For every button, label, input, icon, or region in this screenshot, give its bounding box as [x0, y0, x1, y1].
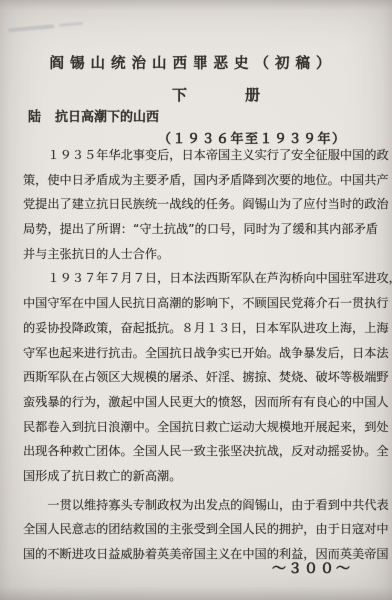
volume-line: 下 册: [0, 84, 392, 102]
text-line: 党提出了建立抗日民族统一战线的任务。阎锡山为了应付当时的政治: [23, 192, 378, 217]
text-line: 局势，提出了所谓：“守土抗战”的口号，同时为了缓和其内部矛盾: [23, 217, 378, 242]
paragraph: １９３７年７月７日，日本法西斯军队在芦沟桥向中国驻军进攻， 中国守军在中国人民抗…: [23, 266, 378, 488]
document-title: 阎锡山统治山西罪恶史（初稿）: [0, 52, 386, 73]
section-heading: 陆抗日高潮下的山西: [28, 106, 159, 125]
text-line: 全国人民意志的团结救国的主张受到全国人民的拥护，由于日寇对中: [23, 517, 378, 542]
volume-char-right: 册: [245, 84, 260, 105]
document-body: １９３５年华北事变后，日本帝国主义实行了安全征服中国的政 策，使中日矛盾成为主要…: [23, 143, 378, 567]
text-line: 民都卷入到抗日浪潮中。全国抗日救亡运动大规模地开展起来，到处: [23, 415, 378, 440]
text-line: １９３７年７月７日，日本法西斯军队在芦沟桥向中国驻军进攻，: [23, 266, 378, 291]
text-line: 并与主张抗日的人士合作。: [23, 242, 378, 267]
text-line: 中国守军在中国人民抗日高潮的影响下，不顾国民党蒋介石一贯执行: [23, 291, 378, 316]
scan-watermark-smudge: [7, 13, 83, 38]
text-line: 策，使中日矛盾成为主要矛盾，国内矛盾降到次要的地位。中国共产: [23, 168, 378, 193]
paragraph: １９３５年华北事变后，日本帝国主义实行了安全征服中国的政 策，使中日矛盾成为主要…: [23, 143, 378, 266]
page-number: ～３００～: [272, 558, 352, 578]
text-line: 蛮残暴的行为，激起中国人民更大的愤怒，因而所有有良心的中国人: [23, 390, 378, 415]
text-line: １９３５年华北事变后，日本帝国主义实行了安全征服中国的政: [23, 143, 378, 168]
paragraph: 一贯以维持寡头专制政权为出发点的阎锡山，由于看到中共代表 全国人民意志的团结救国…: [23, 493, 378, 567]
text-line: 守军也起来进行抗击。全国抗日战争实已开始。战争暴发后，日本法: [23, 341, 378, 366]
volume-char-left: 下: [172, 84, 187, 105]
section-title: 抗日高潮下的山西: [55, 110, 159, 125]
section-number: 陆: [28, 110, 41, 125]
text-line: 西斯军队在占领区大规模的屠杀、奸淫、掳掠、焚烧、破坏等极端野: [23, 365, 378, 390]
scan-edge-shadow: [0, 0, 392, 10]
text-line: 一贯以维持寡头专制政权为出发点的阎锡山，由于看到中共代表: [23, 493, 378, 518]
scan-edge-shadow: [0, 586, 392, 600]
watermark-mark-icon: [59, 22, 83, 27]
scanned-document-page: 阎锡山统治山西罪恶史（初稿） 下 册 陆抗日高潮下的山西 （１９３６年至１９３９…: [0, 0, 392, 600]
watermark-mark-icon: [8, 24, 54, 32]
text-line: 国形成了抗日救亡的新高潮。: [23, 464, 378, 489]
text-line: 出现各种救亡团体。全国人民一致主张坚决抗战，反对动摇妥协。全: [23, 439, 378, 464]
text-line: 的妥协投降政策，奋起抵抗。８月１３日，日本军队进攻上海，上海: [23, 316, 378, 341]
